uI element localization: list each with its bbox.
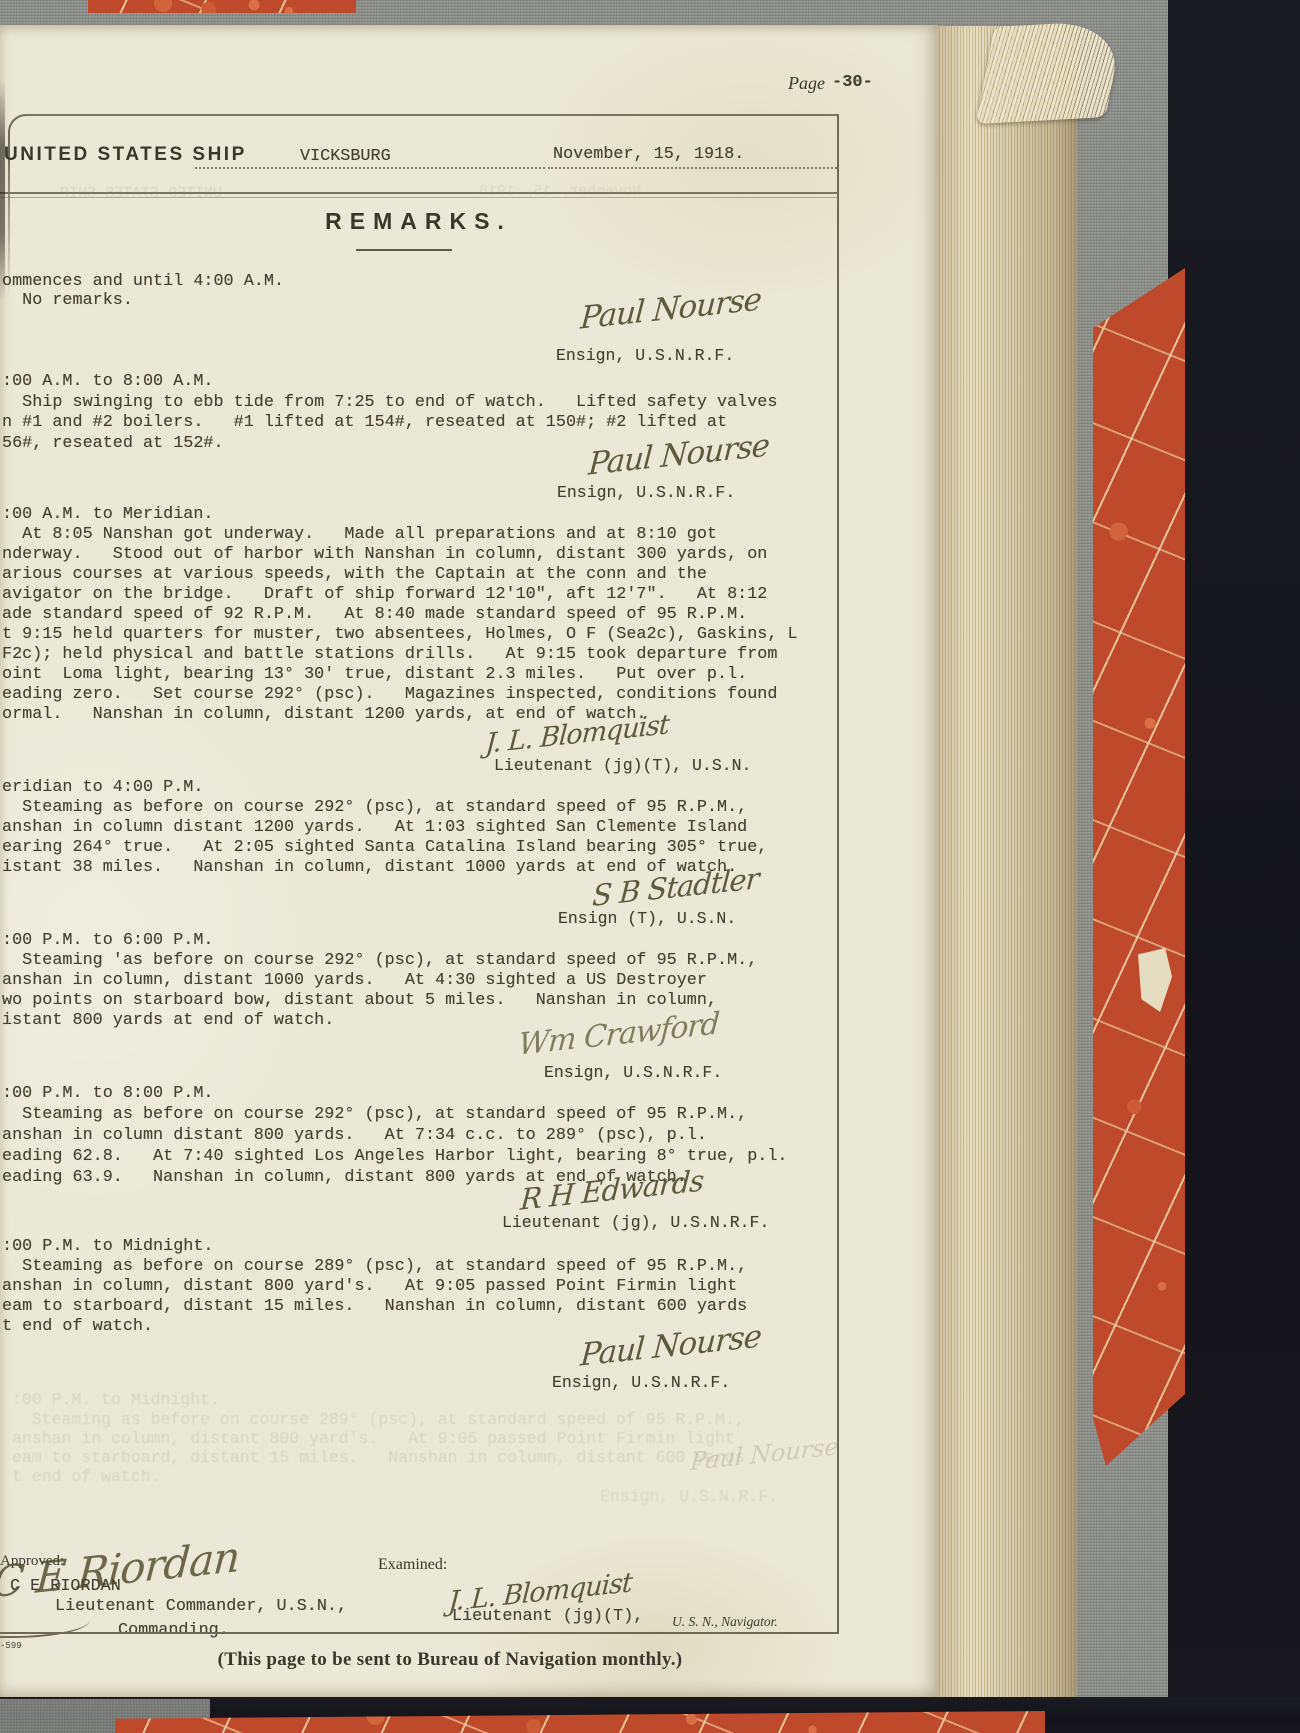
ship-label: UNITED STATES SHIP [4, 144, 247, 166]
fill-in-line [195, 167, 545, 169]
header-rule-thin [0, 197, 837, 198]
log-text-line: anshan in column, distant 1000 yards. At… [2, 971, 836, 991]
scan-edge-shadow [0, 80, 5, 300]
signature-rank: Ensign, U.S.N.R.F. [557, 483, 735, 502]
watch-period: :00 P.M. to Midnight. [2, 1237, 836, 1257]
log-text-line: anshan in column distant 1200 yards. At … [2, 818, 836, 838]
log-text-line: eading zero. Set course 292° (psc). Maga… [2, 685, 836, 705]
header-rule-thick [0, 192, 837, 194]
watch-entry: :00 P.M. to 8:00 P.M. Steaming as before… [2, 1083, 836, 1188]
page-stack-edge [933, 26, 1077, 1705]
signature-rank: Ensign, U.S.N.R.F. [552, 1373, 730, 1392]
watch-period: :00 P.M. to 6:00 P.M. [2, 931, 836, 951]
log-text-line: anshan in column distant 800 yards. At 7… [2, 1125, 836, 1146]
log-text-line: ade standard speed of 92 R.P.M. At 8:40 … [2, 605, 836, 625]
signature-rank: Ensign (T), U.S.N. [558, 909, 736, 928]
examined-rank: Lieutenant (jg)(T), [452, 1607, 643, 1626]
log-text-line: Steaming as before on course 292° (psc),… [2, 1104, 836, 1125]
background-right [1168, 0, 1300, 1733]
watch-period: eridian to 4:00 P.M. [2, 778, 836, 798]
log-text-line: n #1 and #2 boilers. #1 lifted at 154#, … [2, 413, 836, 434]
log-text-line: Steaming as before on course 289° (psc),… [2, 1257, 836, 1277]
form-number: -599 [0, 1641, 22, 1651]
bleedthrough-text: eam to starboard, distant 15 miles. Nans… [12, 1448, 745, 1467]
fill-in-line [548, 167, 837, 169]
log-text-line: avigator on the bridge. Draft of ship fo… [2, 585, 836, 605]
form-border-top [26, 114, 838, 116]
log-text-line: eam to starboard, distant 15 miles. Nans… [2, 1297, 836, 1317]
log-text-line: Steaming 'as before on course 292° (psc)… [2, 951, 836, 971]
approved-rank: Lieutenant Commander, U.S.N., [55, 1597, 347, 1616]
bleedthrough-text: Ensign, U.S.N.R.F. [600, 1487, 778, 1506]
signature-rank: Ensign, U.S.N.R.F. [544, 1063, 722, 1082]
log-text-line: oint Loma light, bearing 13° 30' true, d… [2, 665, 836, 685]
form-border-right [837, 114, 839, 1634]
log-text-line: eading 63.9. Nanshan in column, distant … [2, 1167, 836, 1188]
watch-entry: :00 P.M. to Midnight. Steaming as before… [2, 1237, 836, 1337]
scanned-logbook-photo: UNITED STATES SHIP November, 15, 1918. P… [0, 0, 1300, 1733]
bleedthrough-text: Steaming as before on course 289° (psc),… [12, 1410, 745, 1429]
approved-rank-2: Commanding. [118, 1621, 229, 1640]
watch-period: :00 A.M. to Meridian. [2, 505, 836, 525]
log-text-line: earing 264° true. At 2:05 sighted Santa … [2, 838, 836, 858]
log-text-line: F2c); held physical and battle stations … [2, 645, 836, 665]
form-border-bottom [0, 1632, 837, 1634]
ship-name: VICKSBURG [300, 147, 391, 166]
log-text-line: anshan in column, distant 800 yard's. At… [2, 1277, 836, 1297]
marble-cover-top-strip [88, 0, 356, 13]
watch-entry: eridian to 4:00 P.M. Steaming as before … [2, 778, 836, 878]
log-text-line: t 9:15 held quarters for muster, two abs… [2, 625, 836, 645]
marble-cover-right [1093, 268, 1185, 1466]
log-text-line: At 8:05 Nanshan got underway. Made all p… [2, 525, 836, 545]
log-text-line: arious courses at various speeds, with t… [2, 565, 836, 585]
log-text-line: ormal. Nanshan in column, distant 1200 y… [2, 705, 836, 725]
log-page: UNITED STATES SHIP November, 15, 1918. P… [0, 25, 938, 1697]
page-number-label: Page [788, 73, 825, 94]
signature-rank: Lieutenant (jg)(T), U.S.N. [494, 756, 751, 775]
bleedthrough-text: t end of watch. [12, 1467, 161, 1486]
examined-label: Examined: [378, 1556, 447, 1574]
watch-period: :00 P.M. to 8:00 P.M. [2, 1083, 836, 1104]
signature-rank: Ensign, U.S.N.R.F. [556, 346, 734, 365]
bleedthrough-text: :00 P.M. to Midnight. [12, 1390, 220, 1409]
log-text-line: Steaming as before on course 292° (psc),… [2, 798, 836, 818]
remarks-title: REMARKS. [0, 208, 837, 235]
page-number-value: -30- [832, 73, 873, 92]
watch-entry: :00 A.M. to Meridian. At 8:05 Nanshan go… [2, 505, 836, 725]
examined-rank-suffix: U. S. N., Navigator. [672, 1614, 778, 1630]
watch-period: :00 A.M. to 8:00 A.M. [2, 372, 836, 393]
footer-note: (This page to be sent to Bureau of Navig… [80, 1649, 820, 1671]
log-date: November, 15, 1918. [553, 145, 744, 164]
log-text-line: Ship swinging to ebb tide from 7:25 to e… [2, 393, 836, 414]
bleedthrough-text: anshan in column, distant 800 yard's. At… [12, 1429, 735, 1448]
remarks-underline [356, 249, 452, 251]
log-text-line: eading 62.8. At 7:40 sighted Los Angeles… [2, 1146, 836, 1167]
signature-rank: Lieutenant (jg), U.S.N.R.F. [502, 1213, 769, 1232]
log-text-line: nderway. Stood out of harbor with Nansha… [2, 545, 836, 565]
